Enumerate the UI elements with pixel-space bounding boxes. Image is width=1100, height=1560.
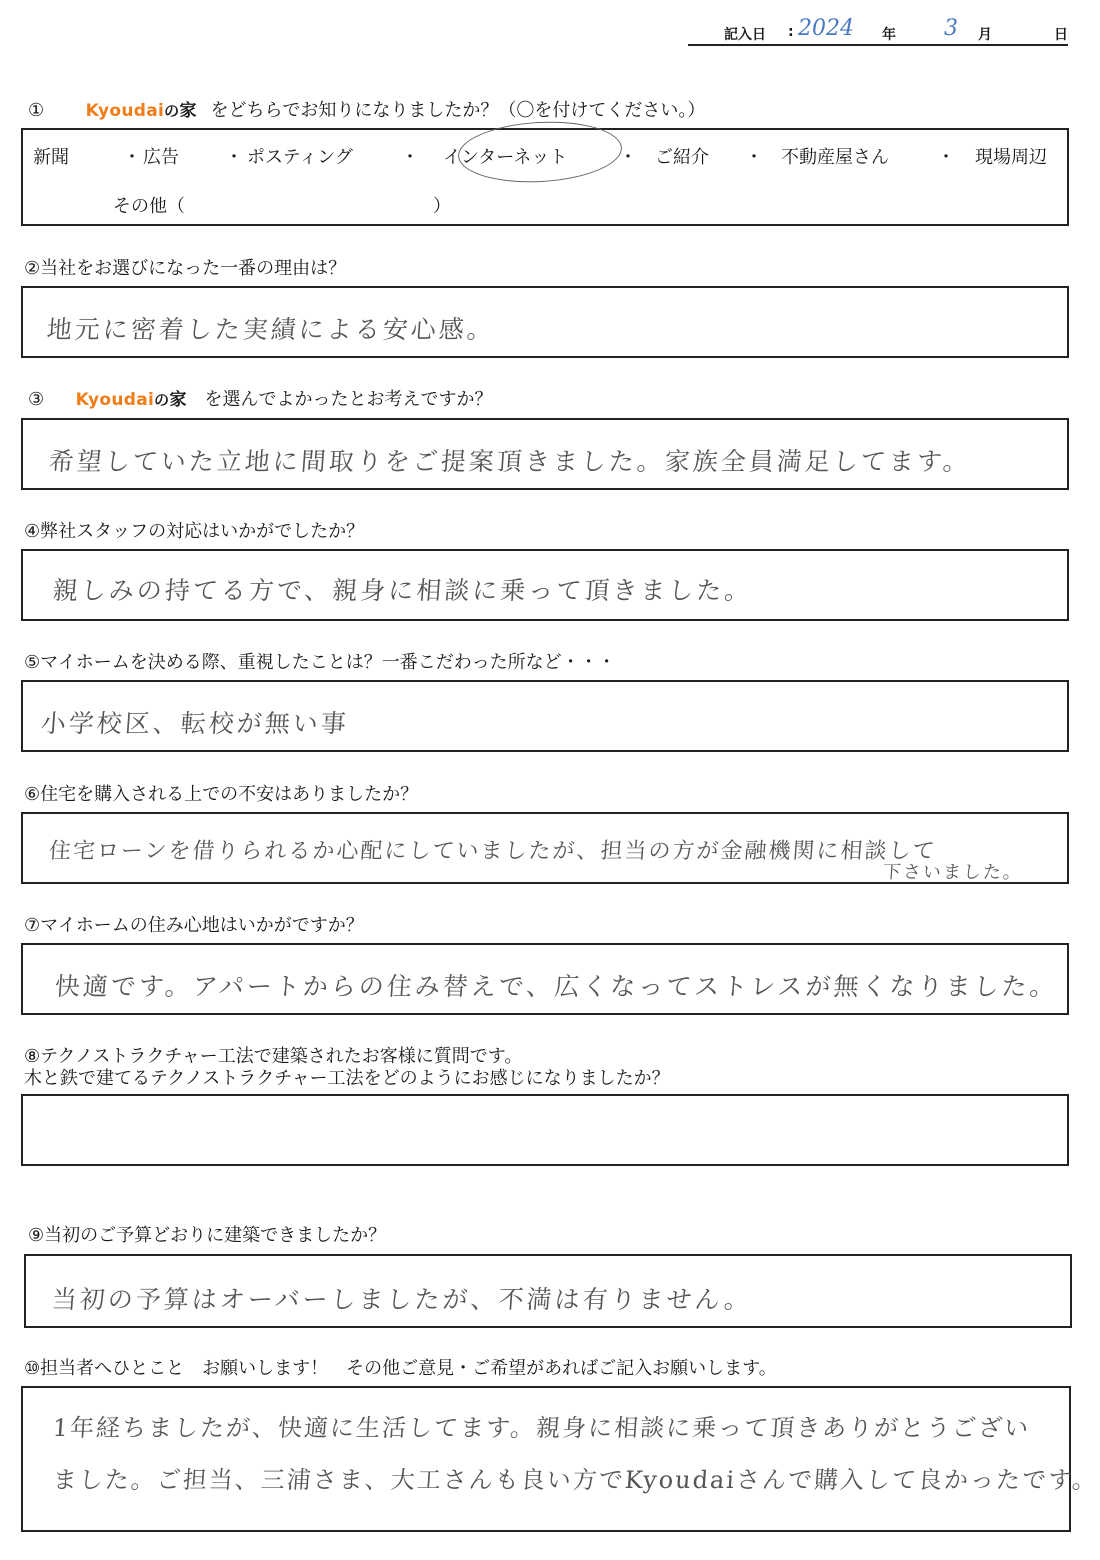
question-number: ①: [28, 100, 44, 121]
handwritten-answer-line-2: ました。ご担当、三浦さま、大工さんも良い方でKyoudaiさんで購入して良かった…: [52, 1460, 1100, 1495]
kyoudai-logo: Kyoudaiの家: [76, 389, 187, 411]
option-site-vicinity[interactable]: 現場周辺: [975, 143, 1047, 169]
question-text: 担当者へひとこと お願いします！ その他ご意見・ご希望があればご記入お願いします…: [40, 1358, 777, 1379]
question-2-label: ②当社をお選びになった一番の理由は？: [24, 258, 346, 280]
question-4-label: ④弊社スタッフの対応はいかがでしたか？: [24, 521, 364, 543]
separator: ・: [745, 143, 763, 169]
question-1-options-box: 新聞 ・ 広告 ・ ポスティング ・ インターネット ・ ご紹介 ・ 不動産屋さ…: [21, 128, 1069, 226]
question-text: 弊社スタッフの対応はいかがでしたか？: [40, 521, 364, 542]
question-text: 当社をお選びになった一番の理由は？: [40, 258, 346, 279]
question-text: マイホームの住み心地はいかがですか？: [40, 915, 364, 936]
question-number: ②: [24, 258, 40, 279]
handwritten-answer: 小学校区、転校が無い事: [40, 704, 351, 740]
option-other-close: ）: [433, 192, 451, 218]
question-text: を選んでよかったとお考えですか？: [205, 389, 493, 410]
option-internet[interactable]: インターネット: [443, 143, 567, 169]
separator: ・: [401, 143, 419, 169]
question-1-label: ① Kyoudaiの家 をどちらでお知りになりましたか？（〇を付けてください。）: [28, 100, 705, 122]
question-8-label-line-1: ⑧テクノストラクチャー工法で建築されたお客様に質問です。: [24, 1046, 522, 1068]
question-9-answer-box[interactable]: 当初の予算はオーバーしましたが、不満は有りません。: [24, 1254, 1072, 1328]
question-number: ⑧: [24, 1046, 40, 1067]
kyoudai-logo: Kyoudaiの家: [86, 100, 197, 122]
question-number: ⑩: [24, 1358, 40, 1379]
question-8-label-line-2: 木と鉄で建てるテクノストラクチャー工法をどのようにお感じになりましたか？: [24, 1068, 670, 1090]
question-text: をどちらでお知りになりましたか？（〇を付けてください。）: [211, 100, 706, 121]
question-number: ③: [28, 389, 44, 410]
handwritten-answer: 希望していた立地に間取りをご提案頂きました。家族全員満足してます。: [48, 442, 973, 478]
handwritten-answer: 地元に密着した実績による安心感。: [46, 310, 497, 346]
month-field[interactable]: 3: [944, 16, 958, 41]
date-colon: :: [788, 24, 794, 40]
question-7-answer-box[interactable]: 快適です。アパートからの住み替えで、広くなってストレスが無くなりました。: [21, 943, 1069, 1015]
handwritten-answer-line-2: 下さいました。: [882, 858, 1024, 884]
question-text: 住宅を購入される上での不安はありましたか？: [40, 784, 418, 805]
separator: ・: [123, 143, 141, 169]
question-3-label: ③ Kyoudaiの家 を選んでよかったとお考えですか？: [28, 389, 493, 411]
question-6-answer-box[interactable]: 住宅ローンを借りられるか心配にしていましたが、担当の方が金融機関に相談して 下さ…: [21, 812, 1069, 884]
separator: ・: [937, 143, 955, 169]
question-10-label: ⑩担当者へひとこと お願いします！ その他ご意見・ご希望があればご記入お願いしま…: [24, 1358, 777, 1380]
date-label: 記入日: [724, 24, 766, 44]
question-2-answer-box[interactable]: 地元に密着した実績による安心感。: [21, 286, 1069, 358]
handwritten-answer-line-1: 1年経ちましたが、快適に生活してます。親身に相談に乗って頂きありがとうござい: [52, 1408, 1032, 1443]
option-posting[interactable]: ポスティング: [247, 143, 353, 169]
handwritten-answer: 当初の予算はオーバーしましたが、不満は有りません。: [51, 1280, 754, 1316]
day-unit: 日: [1054, 24, 1068, 44]
question-10-answer-box[interactable]: 1年経ちましたが、快適に生活してます。親身に相談に乗って頂きありがとうござい ま…: [21, 1386, 1071, 1532]
separator: ・: [225, 143, 243, 169]
question-number: ⑥: [24, 784, 40, 805]
handwritten-answer-line-1: 住宅ローンを借りられるか心配にしていましたが、担当の方が金融機関に相談して: [48, 834, 938, 865]
option-newspaper[interactable]: 新聞: [33, 143, 69, 169]
question-5-answer-box[interactable]: 小学校区、転校が無い事: [21, 680, 1069, 752]
question-text: マイホームを決める際、重視したことは？一番こだわった所など・・・: [40, 652, 615, 673]
month-unit: 月: [978, 24, 992, 44]
question-9-label: ⑨当初のご予算どおりに建築できましたか？: [28, 1225, 386, 1247]
handwritten-answer: 快適です。アパートからの住み替えで、広くなってストレスが無くなりました。: [54, 967, 1059, 1003]
separator: ・: [619, 143, 637, 169]
question-number: ④: [24, 521, 40, 542]
question-text: 当初のご予算どおりに建築できましたか？: [44, 1225, 386, 1246]
question-number: ⑨: [28, 1225, 44, 1246]
handwritten-answer: 親しみの持てる方で、親身に相談に乗って頂きました。: [52, 571, 754, 607]
question-6-label: ⑥住宅を購入される上での不安はありましたか？: [24, 784, 418, 806]
year-unit: 年: [882, 24, 896, 44]
option-advertisement[interactable]: 広告: [143, 143, 179, 169]
question-7-label: ⑦マイホームの住み心地はいかがですか？: [24, 915, 364, 937]
question-number: ⑦: [24, 915, 40, 936]
question-8-answer-box[interactable]: [21, 1094, 1069, 1166]
option-referral[interactable]: ご紹介: [655, 143, 709, 169]
year-field[interactable]: 2024: [798, 16, 854, 41]
question-3-answer-box[interactable]: 希望していた立地に間取りをご提案頂きました。家族全員満足してます。: [21, 418, 1069, 490]
option-real-estate-agent[interactable]: 不動産屋さん: [781, 143, 889, 169]
question-number: ⑤: [24, 652, 40, 673]
question-5-label: ⑤マイホームを決める際、重視したことは？一番こだわった所など・・・: [24, 652, 616, 674]
option-other-label: その他（: [113, 192, 185, 218]
entry-date-row: 記入日 : 2024 年 3 月 日: [688, 18, 1068, 46]
question-text: テクノストラクチャー工法で建築されたお客様に質問です。: [40, 1046, 522, 1067]
question-4-answer-box[interactable]: 親しみの持てる方で、親身に相談に乗って頂きました。: [21, 549, 1069, 621]
